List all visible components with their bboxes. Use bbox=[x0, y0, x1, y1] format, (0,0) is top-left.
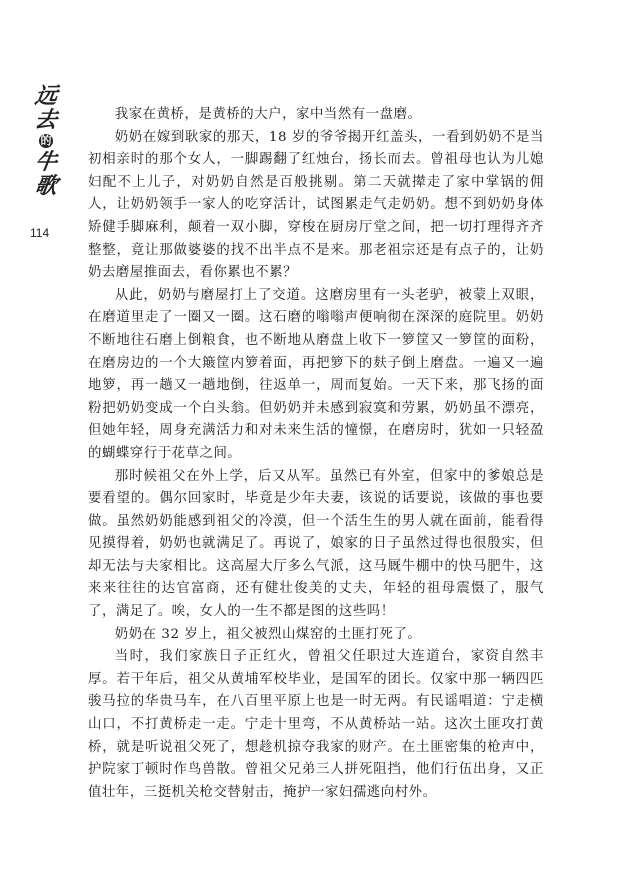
title-char: 歌 bbox=[33, 174, 58, 198]
paragraph: 从此，奶奶与磨屋打上了交道。这磨房里有一头老驴，被蒙上双眼，在磨道里走了一圈又一… bbox=[88, 285, 544, 466]
book-title-vertical: 远 去 的 牛 歌 bbox=[28, 84, 64, 198]
paragraph: 那时候祖父在外上学，后又从军。虽然已有外室，但家中的爹娘总是要看望的。偶尔回家时… bbox=[88, 466, 544, 624]
paragraph: 奶奶在 32 岁上，祖父被烈山煤窑的土匪打死了。 bbox=[88, 624, 544, 647]
title-char: 的 bbox=[39, 134, 53, 148]
body-text: 我家在黄桥，是黄桥的大户，家中当然有一盘磨。 奶奶在嫁到耿家的那天，18 岁的爷… bbox=[88, 104, 544, 804]
title-char: 牛 bbox=[33, 150, 58, 174]
title-char: 远 bbox=[33, 84, 58, 108]
paragraph: 我家在黄桥，是黄桥的大户，家中当然有一盘磨。 bbox=[88, 104, 544, 127]
paragraph: 奶奶在嫁到耿家的那天，18 岁的爷爷揭开红盖头，一看到奶奶不是当初相亲时的那个女… bbox=[88, 127, 544, 285]
page-number: 114 bbox=[30, 226, 49, 240]
paragraph: 当时，我们家族日子正红火，曾祖父任职过大连道台，家资自然丰厚。若干年后，祖父从黄… bbox=[88, 646, 544, 804]
title-char: 去 bbox=[33, 108, 58, 132]
